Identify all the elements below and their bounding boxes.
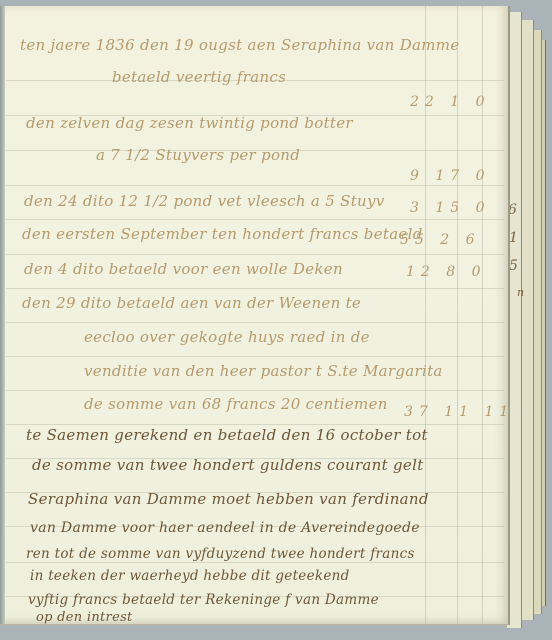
entry-amount: 37 11 11 <box>404 404 514 420</box>
entry-amount: 22 1 0 <box>410 94 491 110</box>
entry-line: a 7 1/2 Stuyvers per pond <box>96 146 300 164</box>
entry-line: den eersten September ten hondert francs… <box>22 225 423 243</box>
entry-line: venditie van den heer pastor t S.te Marg… <box>84 362 443 380</box>
entry-line: den 4 dito betaeld voor een wolle Deken <box>24 260 343 278</box>
ledger-page: ten jaere 1836 den 19 ougst aen Seraphin… <box>0 6 510 625</box>
edge-mark: 1 <box>509 230 518 246</box>
note-line: te Saemen gerekend en betaeld den 16 oct… <box>26 426 428 444</box>
note-line: van Damme voor haer aendeel in de Averei… <box>30 520 420 536</box>
entry-line: de somme van 68 francs 20 centiemen <box>84 395 388 413</box>
entry-line: betaeld veertig francs <box>112 68 286 86</box>
note-line: Seraphina van Damme moet hebben van ferd… <box>28 490 429 508</box>
edge-mark: n <box>517 286 524 299</box>
edge-mark: 5 <box>509 258 518 274</box>
binding-edge <box>0 6 5 624</box>
note-line: op den intrest <box>36 610 133 625</box>
note-line: ren tot de somme van vyfduyzend twee hon… <box>26 546 415 562</box>
entry-line: ten jaere 1836 den 19 ougst aen Seraphin… <box>20 36 460 54</box>
entry-line: eecloo over gekogte huys raed in de <box>84 328 370 346</box>
note-line: vyftig francs betaeld ter Rekeninge f va… <box>28 592 379 608</box>
entry-amount: 9 17 0 <box>410 168 491 184</box>
entry-amount: 3 15 0 <box>410 200 491 216</box>
entry-line: den 29 dito betaeld aen van der Weenen t… <box>22 294 361 312</box>
entry-line: den 24 dito 12 1/2 pond vet vleesch a 5 … <box>24 192 385 210</box>
entry-line: den zelven dag zesen twintig pond botter <box>26 114 353 132</box>
note-line: de somme van twee hondert guldens couran… <box>32 456 424 474</box>
entry-amount: 55 2 6 <box>400 232 481 248</box>
entry-amount: 12 8 0 <box>406 264 487 280</box>
ledger-book: 6 1 5 n ten jaere 1836 den 19 ougst aen … <box>0 0 552 640</box>
note-line: in teeken der waerheyd hebbe dit geteeke… <box>30 568 350 584</box>
